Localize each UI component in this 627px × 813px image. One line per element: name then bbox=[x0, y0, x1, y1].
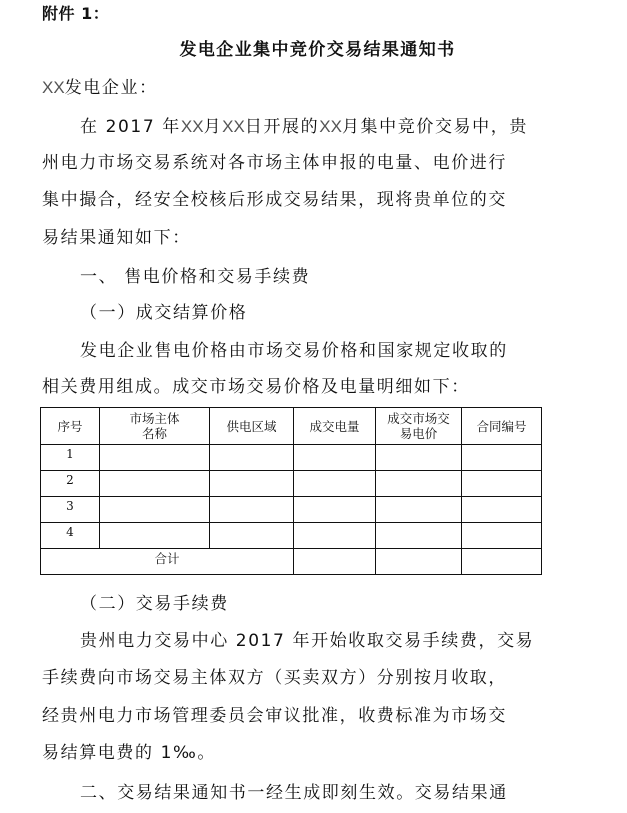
cell-region bbox=[210, 471, 294, 497]
paragraph1-line2: 州电力市场交易系统对各市场主体申报的电量、电价进行 bbox=[42, 151, 526, 175]
section1-heading: 一、 售电价格和交易手续费 bbox=[80, 265, 526, 289]
placeholder-xx: XX bbox=[222, 117, 245, 136]
cell-name bbox=[100, 497, 210, 523]
paragraph2-line2: 相关费用组成。成交市场交易价格及电量明细如下： bbox=[42, 375, 526, 399]
header-contract-number: 合同编号 bbox=[462, 408, 542, 445]
cell-contract bbox=[462, 471, 542, 497]
table-header-row: 序号 市场主体名称 供电区域 成交电量 成交市场交易电价 合同编号 bbox=[41, 408, 542, 445]
text-segment: 月集中竞价交易中，贵 bbox=[342, 117, 528, 137]
cell-index: 4 bbox=[41, 523, 100, 549]
cell-region bbox=[210, 445, 294, 471]
cell-volume bbox=[294, 523, 376, 549]
text-segment: 月 bbox=[204, 117, 223, 137]
cell-index: 2 bbox=[41, 471, 100, 497]
header-index: 序号 bbox=[41, 408, 100, 445]
paragraph3-line3: 经贵州电力市场管理委员会审议批准，收费标准为市场交 bbox=[42, 704, 526, 728]
total-volume bbox=[294, 549, 376, 575]
cell-name bbox=[100, 445, 210, 471]
salutation-text: 发电企业： bbox=[65, 78, 158, 98]
cell-name bbox=[100, 523, 210, 549]
paragraph1-line4: 易结果通知如下： bbox=[42, 226, 526, 250]
paragraph1-line3: 集中撮合，经安全校核后形成交易结果，现将贵单位的交 bbox=[42, 188, 526, 212]
placeholder-xx: XX bbox=[319, 117, 342, 136]
header-trade-price: 成交市场交易电价 bbox=[376, 408, 462, 445]
trade-result-table: 序号 市场主体名称 供电区域 成交电量 成交市场交易电价 合同编号 1 2 3 bbox=[40, 407, 542, 575]
cell-price bbox=[376, 497, 462, 523]
cell-name bbox=[100, 471, 210, 497]
total-price bbox=[376, 549, 462, 575]
paragraph3-line2: 手续费向市场交易主体双方（买卖双方）分别按月收取， bbox=[42, 666, 526, 690]
subsection2-heading: （二）交易手续费 bbox=[80, 592, 526, 616]
table-total-row: 合计 bbox=[41, 549, 542, 575]
cell-price bbox=[376, 445, 462, 471]
total-label: 合计 bbox=[41, 549, 294, 575]
paragraph2-line1: 发电企业售电价格由市场交易价格和国家规定收取的 bbox=[80, 339, 526, 363]
cell-contract bbox=[462, 497, 542, 523]
cell-volume bbox=[294, 471, 376, 497]
salutation: XX发电企业： bbox=[42, 76, 526, 100]
placeholder-xx: XX bbox=[42, 78, 65, 97]
total-contract bbox=[462, 549, 542, 575]
cell-price bbox=[376, 523, 462, 549]
paragraph3-line4: 易结算电费的 1‰。 bbox=[42, 741, 526, 765]
header-supply-region: 供电区域 bbox=[210, 408, 294, 445]
document-title: 发电企业集中竞价交易结果通知书 bbox=[0, 38, 627, 62]
cell-contract bbox=[462, 523, 542, 549]
cell-region bbox=[210, 523, 294, 549]
table-row: 1 bbox=[41, 445, 542, 471]
cell-volume bbox=[294, 445, 376, 471]
paragraph3-line1: 贵州电力交易中心 2017 年开始收取交易手续费，交易 bbox=[80, 629, 526, 653]
subsection1-heading: （一）成交结算价格 bbox=[80, 301, 526, 325]
table-row: 4 bbox=[41, 523, 542, 549]
cell-volume bbox=[294, 497, 376, 523]
placeholder-xx: XX bbox=[181, 117, 204, 136]
header-entity-name: 市场主体名称 bbox=[100, 408, 210, 445]
text-segment: 在 2017 年 bbox=[80, 117, 181, 137]
table-row: 2 bbox=[41, 471, 542, 497]
cell-contract bbox=[462, 445, 542, 471]
cell-price bbox=[376, 471, 462, 497]
cell-index: 3 bbox=[41, 497, 100, 523]
attachment-label: 附件 1： bbox=[42, 2, 526, 26]
header-trade-volume: 成交电量 bbox=[294, 408, 376, 445]
section2-heading: 二、交易结果通知书一经生成即刻生效。交易结果通 bbox=[80, 781, 526, 805]
table-row: 3 bbox=[41, 497, 542, 523]
cell-index: 1 bbox=[41, 445, 100, 471]
cell-region bbox=[210, 497, 294, 523]
text-segment: 日开展的 bbox=[245, 117, 319, 137]
paragraph1-line1: 在 2017 年XX月XX日开展的XX月集中竞价交易中，贵 bbox=[80, 115, 526, 139]
